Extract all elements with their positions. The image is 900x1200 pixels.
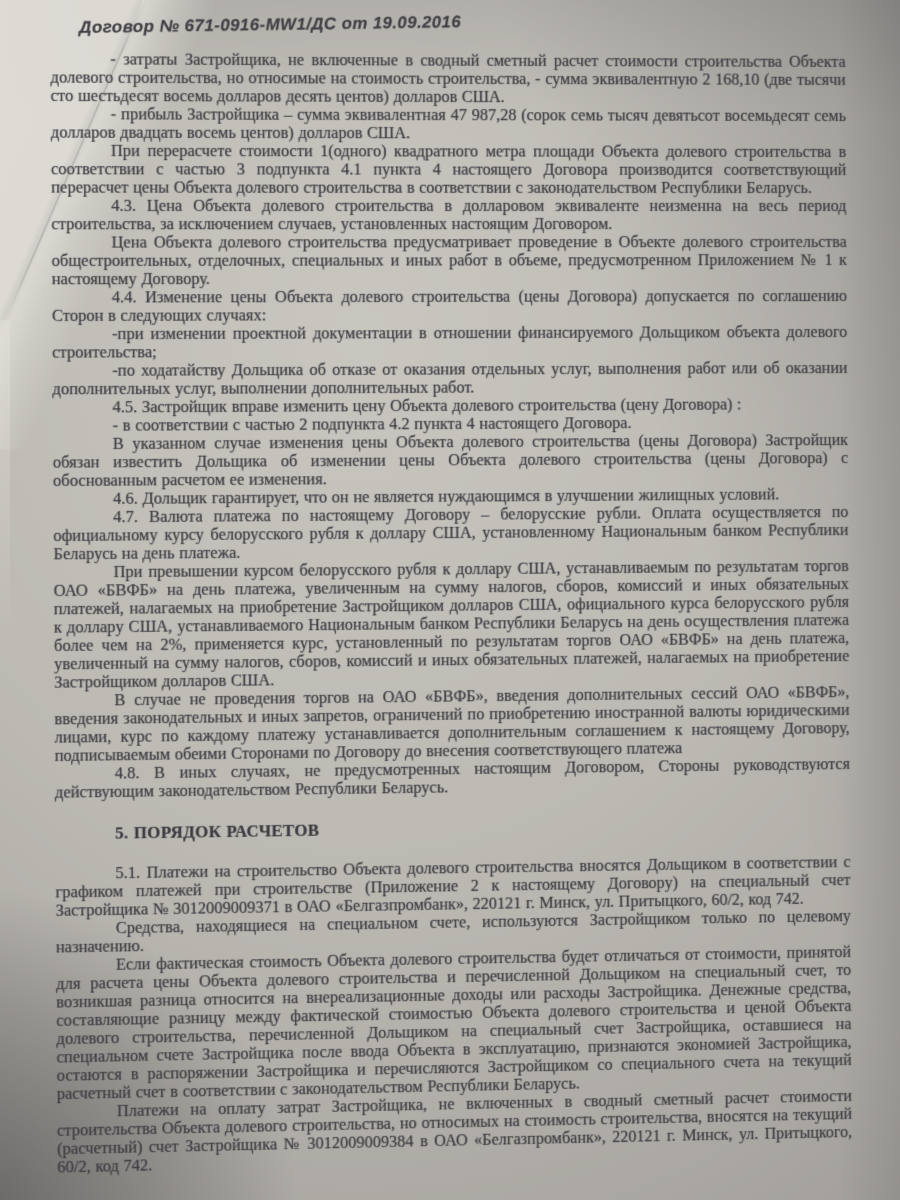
contract-paragraph: Платежи на оплату затрат Застройщика, не… <box>57 1088 852 1178</box>
contract-paragraph: При превышении курсом белорусского рубля… <box>53 558 849 693</box>
contract-paragraph: -по ходатайству Дольщика об отказе от ок… <box>52 360 847 399</box>
contract-paragraph: В указанном случае изменения цены Объект… <box>53 432 848 491</box>
contract-paragraph: Если фактическая стоимость Объекта долев… <box>56 944 852 1104</box>
contract-paragraph: Цена Объекта долевого строительства пред… <box>51 234 847 289</box>
contract-paragraph: -при изменении проектной документации в … <box>52 324 847 363</box>
contract-paragraph: 4.7. Валюта платежа по настоящему Догово… <box>53 504 848 564</box>
contract-paragraph: 4.5. Застройщик вправе изменить цену Объ… <box>52 396 847 418</box>
contract-paragraph: - затраты Застройщика, не включенные в с… <box>50 51 846 108</box>
page-left-edge-highlight <box>0 320 10 640</box>
document-body: - затраты Застройщика, не включенные в с… <box>50 51 852 1178</box>
contract-paragraph: 4.3. Цена Объекта долевого строительства… <box>51 198 846 235</box>
section-heading-payments: 5. ПОРЯДОК РАСЧЕТОВ <box>55 814 850 844</box>
contract-paragraph: При перерасчете стоимости 1(одного) квад… <box>51 143 847 198</box>
contract-number-header: Договор № 671-0916-MW1/ДС от 19.09.2016 <box>79 8 846 38</box>
contract-paragraph: - прибыль Застройщика – сумма эквивалент… <box>51 106 846 144</box>
document-photo: Договор № 671-0916-MW1/ДС от 19.09.2016 … <box>0 0 900 1200</box>
contract-page: Договор № 671-0916-MW1/ДС от 19.09.2016 … <box>50 10 852 1177</box>
contract-paragraph: В случае не проведения торгов на ОАО «БВ… <box>54 684 850 766</box>
contract-paragraph: 4.4. Изменение цены Объекта долевого стр… <box>52 288 847 326</box>
